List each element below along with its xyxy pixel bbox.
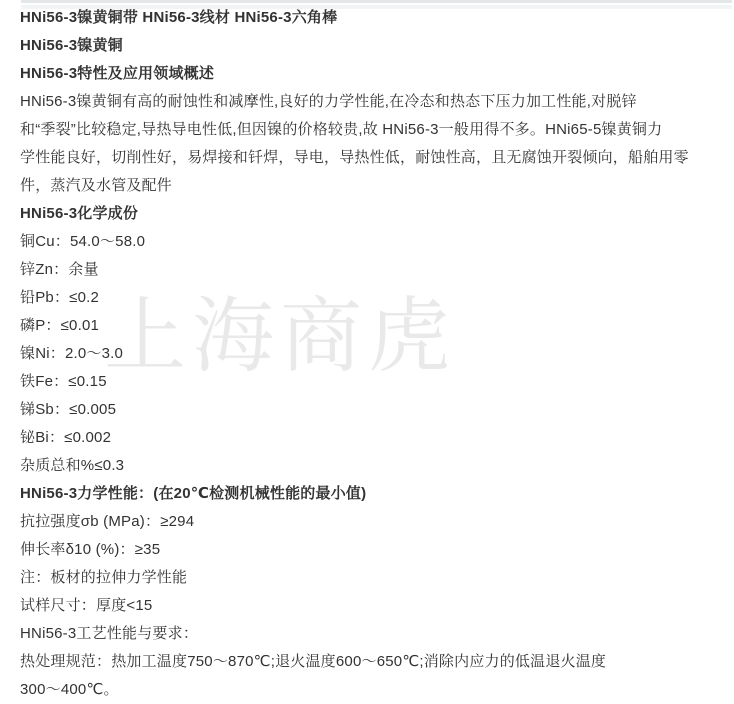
overview-line: HNi56-3镍黄铜有高的耐蚀性和减摩性,良好的力学性能,在冷态和热态下压力加工… (20, 88, 720, 116)
overview-line: 件，蒸汽及水管及配件 (20, 172, 720, 200)
article-body: HNi56-3镍黄铜带 HNi56-3线材 HNi56-3六角棒 HNi56-3… (0, 0, 734, 704)
chemistry-item-bi: 铋Bi：≤0.002 (20, 424, 720, 452)
doc-title: HNi56-3镍黄铜带 HNi56-3线材 HNi56-3六角棒 (20, 4, 720, 32)
chemistry-item-zn: 锌Zn：余量 (20, 256, 720, 284)
mechanical-heading: HNi56-3力学性能：(在20℃检测机械性能的最小值) (20, 480, 720, 508)
doc-subtitle: HNi56-3镍黄铜 (20, 32, 720, 60)
chemistry-item-pb: 铅Pb：≤0.2 (20, 284, 720, 312)
chemistry-item-fe: 铁Fe：≤0.15 (20, 368, 720, 396)
overview-heading: HNi56-3特性及应用领域概述 (20, 60, 720, 88)
mechanical-item-tensile: 抗拉强度σb (MPa)：≥294 (20, 508, 720, 536)
mechanical-item-elongation: 伸长率δ10 (%)：≥35 (20, 536, 720, 564)
overview-line: 学性能良好，切削性好，易焊接和钎焊，导电，导热性低，耐蚀性高，且无腐蚀开裂倾向，… (20, 144, 720, 172)
process-heading: HNi56-3工艺性能与要求： (20, 620, 720, 648)
mechanical-item-specimen: 试样尺寸：厚度<15 (20, 592, 720, 620)
mechanical-item-note: 注：板材的拉伸力学性能 (20, 564, 720, 592)
document-page: 上海商虎 HNi56-3镍黄铜带 HNi56-3线材 HNi56-3六角棒 HN… (0, 0, 734, 704)
process-line: 300～400℃。 (20, 676, 720, 704)
chemistry-item-cu: 铜Cu：54.0～58.0 (20, 228, 720, 256)
chemistry-item-sb: 锑Sb：≤0.005 (20, 396, 720, 424)
chemistry-item-ni: 镍Ni：2.0～3.0 (20, 340, 720, 368)
overview-line: 和“季裂”比较稳定,导热导电性低,但因镍的价格较贵,故 HNi56-3一般用得不… (20, 116, 720, 144)
chemistry-item-p: 磷P：≤0.01 (20, 312, 720, 340)
process-line: 热处理规范：热加工温度750～870℃;退火温度600～650℃;消除内应力的低… (20, 648, 720, 676)
chemistry-heading: HNi56-3化学成份 (20, 200, 720, 228)
chemistry-item-impurities: 杂质总和%≤0.3 (20, 452, 720, 480)
